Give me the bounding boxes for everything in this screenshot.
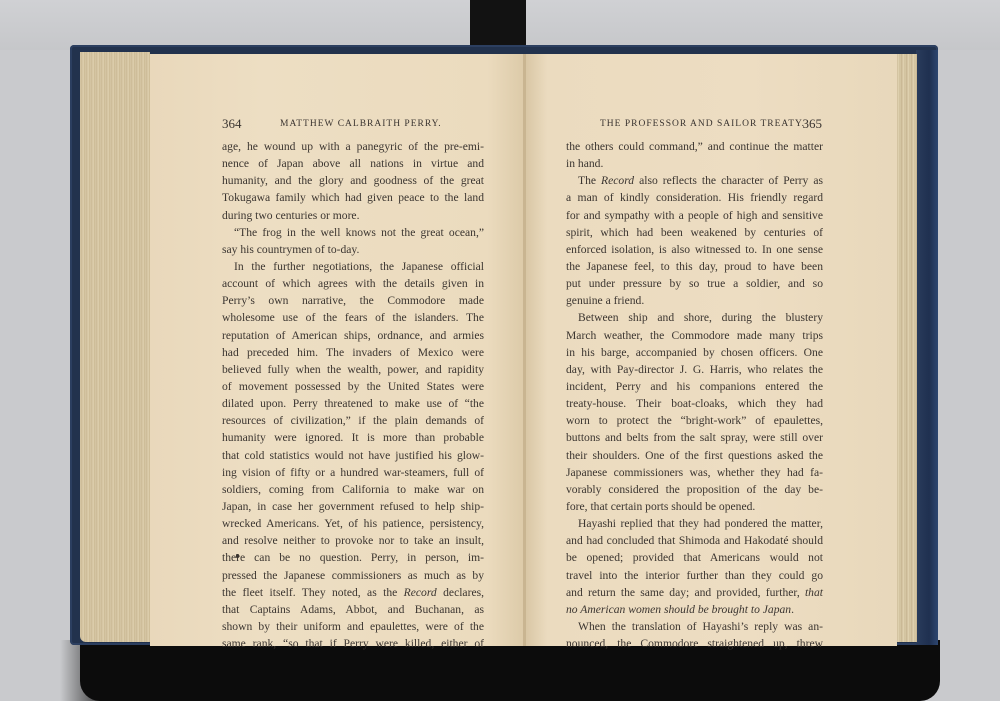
- text-line: no American women should be brought to J…: [566, 601, 823, 618]
- text-line: account of which agrees with the details…: [222, 275, 484, 292]
- left-page-number: 364: [222, 116, 242, 132]
- text-line: fore, that certain ports should be opene…: [566, 498, 823, 515]
- text-line: travel into the interior further than th…: [566, 567, 823, 584]
- text-line: enforced isolation, is also witnessed to…: [566, 241, 823, 258]
- text-line: for and sympathy with a people of high a…: [566, 207, 823, 224]
- text-line: in hand.: [566, 155, 823, 172]
- text-line: Perry’s own narrative, the Commodore mad…: [222, 292, 484, 309]
- left-running-head-title: MATTHEW CALBRAITH PERRY.: [280, 119, 442, 129]
- italic-text: Record: [601, 174, 634, 187]
- text-line: be opened; provided that Americans would…: [566, 549, 823, 566]
- text-line: incident, Perry and his companions enter…: [566, 378, 823, 395]
- text-line: humanity, and the glory and goodness of …: [222, 172, 484, 189]
- text-line: Japan, in case her government refused to…: [222, 498, 484, 515]
- text-line: vorably considered the proposition of th…: [566, 481, 823, 498]
- text-line: there can be no question. Perry, in pers…: [222, 549, 484, 566]
- text-line: a man of kindly consideration. His frien…: [566, 189, 823, 206]
- ink-speck: [236, 554, 239, 558]
- text-line: In the further negotiations, the Japanes…: [222, 258, 484, 275]
- text-line: during two centuries or more.: [222, 207, 484, 224]
- text-line: When the translation of Hayashi’s reply …: [566, 618, 823, 635]
- text-line: in his barge, accompanied by chosen offi…: [566, 344, 823, 361]
- text-line: soldiers, coming from California to make…: [222, 481, 484, 498]
- text-line: wholesome use of the fears of the island…: [222, 309, 484, 326]
- text-line: and had concluded that Shimoda and Hakod…: [566, 532, 823, 549]
- text-line: worn to protect the “bright-work” of epa…: [566, 412, 823, 429]
- text-line: pressed the Japanese commissioners as mu…: [222, 567, 484, 584]
- text-line: reputation of American ships, ordnance, …: [222, 327, 484, 344]
- text-line: “The frog in the well knows not the grea…: [222, 224, 484, 241]
- text-line: buttons and belts from the salt spray, w…: [566, 429, 823, 446]
- italic-text: no American women should be brought to J…: [566, 603, 791, 616]
- right-running-header: THE PROFESSOR AND SAILOR TREATY. 365: [566, 118, 822, 134]
- left-running-header: 364 MATTHEW CALBRAITH PERRY.: [222, 118, 484, 134]
- right-page-body: the others could command,” and continue …: [566, 138, 823, 652]
- text-line: day, with Pay-director J. G. Harris, who…: [566, 361, 823, 378]
- text-line: had preceded him. The invaders of Mexico…: [222, 344, 484, 361]
- text-line: spirit, which had been weakened by centu…: [566, 224, 823, 241]
- book-gutter: [523, 54, 526, 646]
- text-line: and return the same day; and provided, f…: [566, 584, 823, 601]
- text-line: say his countrymen of to-day.: [222, 241, 484, 258]
- text-line: March weather, the Commodore made many t…: [566, 327, 823, 344]
- text-line: the fleet itself. They noted, as the Rec…: [222, 584, 484, 601]
- text-line: that cold statistics would not have just…: [222, 447, 484, 464]
- text-line: nounced, the Commodore straightened up, …: [566, 635, 823, 652]
- text-line: Tokugawa family which had given peace to…: [222, 189, 484, 206]
- book-cover-right-edge: [916, 50, 938, 645]
- text-line: the Japanese feel, to this day, proud to…: [566, 258, 823, 275]
- italic-text: that: [805, 586, 823, 599]
- text-line: The Record also reflects the character o…: [566, 172, 823, 189]
- left-page-body: age, he wound up with a panegyric of the…: [222, 138, 484, 652]
- text-line: treaty-house. Their boat-cloaks, which t…: [566, 395, 823, 412]
- text-line: resources of civilization,” if the plain…: [222, 412, 484, 429]
- page-block-right: [895, 54, 917, 642]
- text-line: age, he wound up with a panegyric of the…: [222, 138, 484, 155]
- text-line: of movement possessed by the United Stat…: [222, 378, 484, 395]
- text-line: same rank, “so that if Perry were killed…: [222, 635, 484, 652]
- text-line: Between ship and shore, during the blust…: [566, 309, 823, 326]
- text-line: put under pressure by so true a soldier,…: [566, 275, 823, 292]
- text-line: wrecked Americans. Yet, of his patience,…: [222, 515, 484, 532]
- right-page-number: 365: [803, 116, 823, 132]
- text-line: their shoulders. One of the first questi…: [566, 447, 823, 464]
- text-line: Japanese commissioners was, whether they…: [566, 464, 823, 481]
- text-line: ing vision of fifty or a hundred war-ste…: [222, 464, 484, 481]
- text-line: that Captains Adams, Abbot, and Buchanan…: [222, 601, 484, 618]
- page-block-left: [80, 52, 150, 642]
- text-line: genuine a friend.: [566, 292, 823, 309]
- right-running-head-title: THE PROFESSOR AND SAILOR TREATY.: [600, 119, 805, 129]
- text-line: and resolve neither to provoke nor to ta…: [222, 532, 484, 549]
- text-line: believed fully when the wealth, power, a…: [222, 361, 484, 378]
- text-line: the others could command,” and continue …: [566, 138, 823, 155]
- text-line: shown by their uniform and epaulettes, w…: [222, 618, 484, 635]
- text-line: humanity were ignored. It is more than p…: [222, 429, 484, 446]
- text-line: nence of Japan above all nations in virt…: [222, 155, 484, 172]
- italic-text: Record: [404, 586, 437, 599]
- text-line: Hayashi replied that they had pondered t…: [566, 515, 823, 532]
- text-line: dilated upon. Perry threatened to make u…: [222, 395, 484, 412]
